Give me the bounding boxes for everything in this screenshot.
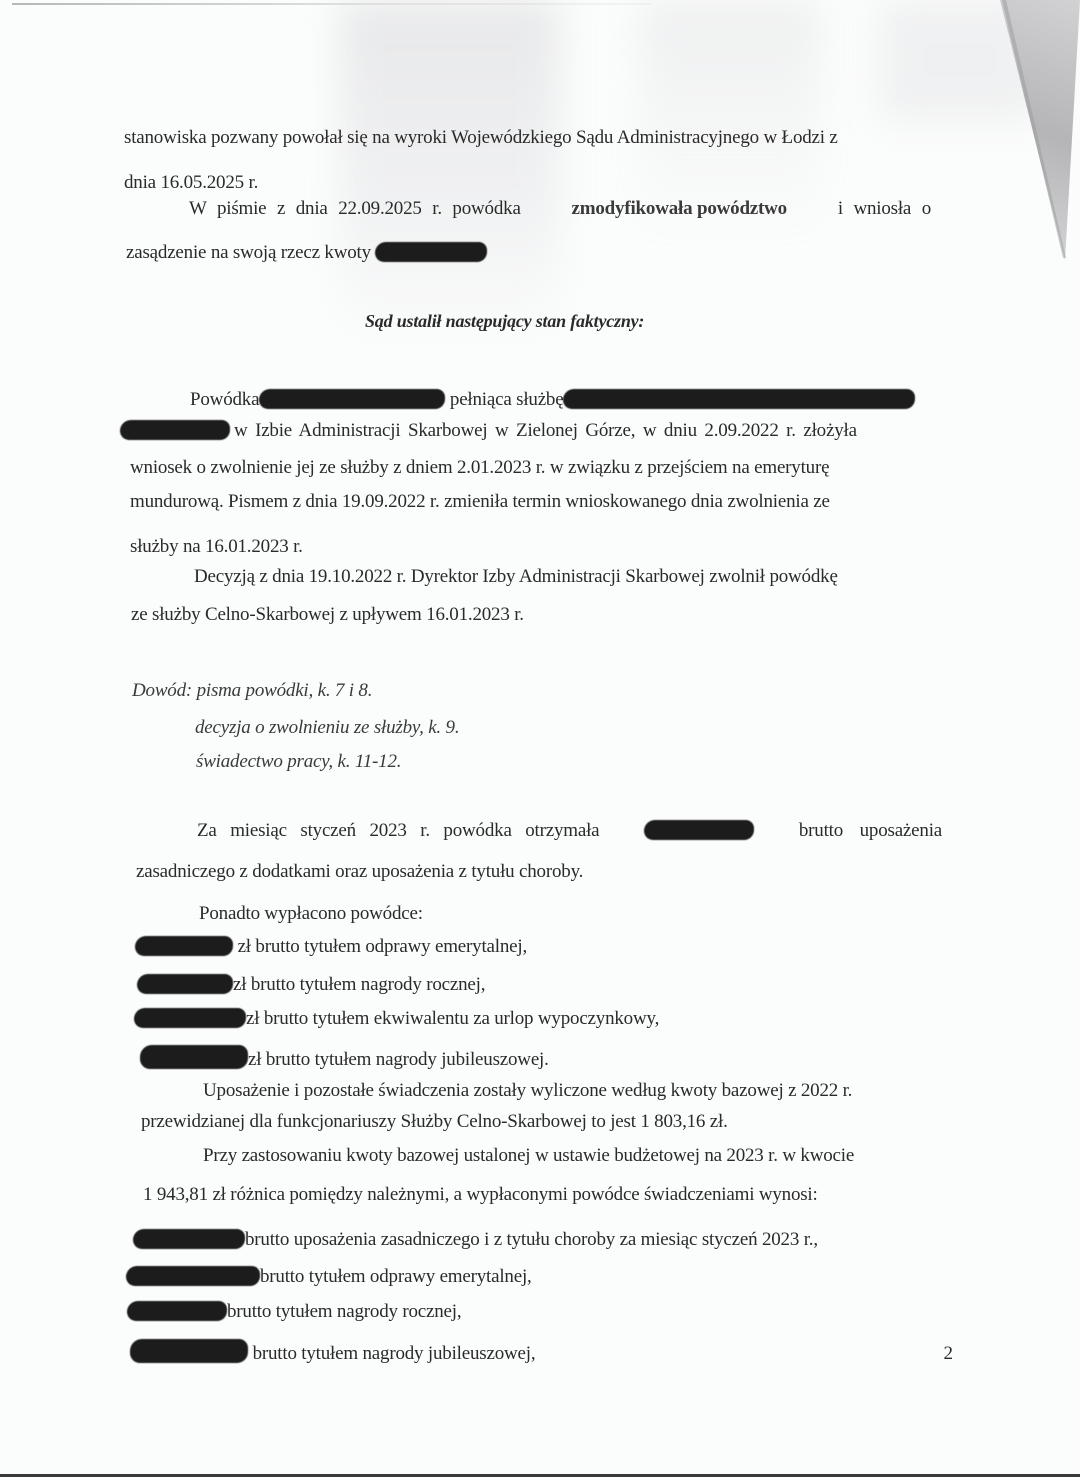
evidence-line: Dowód: pisma powódki, k. 7 i 8.: [132, 681, 372, 700]
redaction: [133, 1229, 245, 1249]
text: Za miesiąc styczeń 2023 r. powódka otrzy…: [197, 821, 599, 840]
text: zł brutto tytułem nagrody jubileuszowej.: [248, 1049, 549, 1070]
redaction: [563, 389, 915, 409]
scan-shadow: [340, 0, 560, 340]
redaction: [135, 936, 233, 956]
text: pełniąca służbę: [450, 389, 564, 410]
body-line: Przy zastosowaniu kwoty bazowej ustalone…: [203, 1146, 854, 1165]
body-line: W piśmie z dnia 22.09.2025 r. powódka zm…: [189, 199, 931, 218]
text: brutto tytułem nagrody jubileuszowej,: [253, 1343, 536, 1364]
body-line: Decyzją z dnia 19.10.2022 r. Dyrektor Iz…: [194, 567, 838, 586]
redaction: [259, 389, 445, 409]
redaction: [375, 242, 487, 262]
evidence-line: świadectwo pracy, k. 11-12.: [196, 752, 401, 771]
text: brutto uposażenia zasadniczego i z tytuł…: [245, 1229, 818, 1250]
body-line: mundurową. Pismem z dnia 19.09.2022 r. z…: [130, 492, 830, 511]
difference-line: brutto tytułem odprawy emerytalnej,: [126, 1266, 532, 1286]
text: brutto uposażenia: [799, 821, 942, 840]
payment-line: zł brutto tytułem odprawy emerytalnej,: [135, 936, 527, 956]
evidence-line: decyzja o zwolnieniu ze służby, k. 9.: [195, 718, 459, 737]
text: w Izbie Administracji Skarbowej w Zielon…: [234, 421, 857, 440]
body-line: dnia 16.05.2025 r.: [124, 173, 258, 192]
text: zł brutto tytułem nagrody rocznej,: [233, 974, 485, 995]
redaction: [127, 1301, 227, 1321]
body-line: stanowiska pozwany powołał się na wyroki…: [124, 128, 932, 147]
section-heading: Sąd ustalił następujący stan faktyczny:: [365, 312, 644, 330]
text: brutto tytułem odprawy emerytalnej,: [260, 1266, 532, 1287]
redaction: [140, 1045, 248, 1069]
text: brutto tytułem nagrody rocznej,: [227, 1301, 461, 1322]
body-line: Za miesiąc styczeń 2023 r. powódka otrzy…: [197, 820, 942, 840]
body-line: w Izbie Administracji Skarbowej w Zielon…: [120, 420, 935, 440]
redaction: [134, 1008, 246, 1028]
redaction: [130, 1339, 248, 1363]
body-line: zasądzenie na swoją rzecz kwoty: [126, 242, 487, 262]
body-line: Powódka pełniąca służbę: [190, 389, 915, 409]
text: Powódka: [190, 389, 259, 410]
difference-line: brutto tytułem nagrody jubileuszowej,: [130, 1339, 535, 1363]
text: zł brutto tytułem odprawy emerytalnej,: [238, 936, 527, 957]
payment-line: zł brutto tytułem ekwiwalentu za urlop w…: [134, 1008, 659, 1028]
payment-line: zł brutto tytułem nagrody jubileuszowej.: [140, 1045, 549, 1069]
difference-line: brutto uposażenia zasadniczego i z tytuł…: [133, 1229, 818, 1249]
redaction: [644, 820, 754, 840]
page-number: 2: [944, 1343, 954, 1365]
body-line: Uposażenie i pozostałe świadczenia zosta…: [203, 1081, 852, 1100]
redaction: [137, 974, 233, 994]
text: zasądzenie na swoją rzecz kwoty: [126, 242, 371, 263]
text: W piśmie z dnia 22.09.2025 r. powódka: [189, 199, 521, 218]
text: zł brutto tytułem ekwiwalentu za urlop w…: [246, 1008, 659, 1029]
body-line: 1 943,81 zł różnica pomiędzy należnymi, …: [143, 1185, 818, 1204]
scanned-document-page: stanowiska pozwany powołał się na wyroki…: [0, 0, 1080, 1477]
body-line: zasadniczego z dodatkami oraz uposażenia…: [136, 862, 583, 881]
body-line: Ponadto wypłacono powódce:: [199, 904, 423, 923]
body-line: wniosek o zwolnienie jej ze służby z dni…: [130, 458, 829, 477]
body-line: przewidzianej dla funkcjonariuszy Służby…: [141, 1112, 728, 1131]
text: i wniosła o: [838, 199, 931, 218]
body-line: służby na 16.01.2023 r.: [130, 537, 303, 556]
difference-line: brutto tytułem nagrody rocznej,: [127, 1301, 461, 1321]
payment-line: zł brutto tytułem nagrody rocznej,: [137, 974, 485, 994]
redaction: [120, 420, 230, 440]
redaction: [126, 1266, 260, 1286]
bold-text: zmodyfikowała powództwo: [572, 199, 788, 218]
body-line: ze służby Celno-Skarbowej z upływem 16.0…: [131, 605, 524, 624]
